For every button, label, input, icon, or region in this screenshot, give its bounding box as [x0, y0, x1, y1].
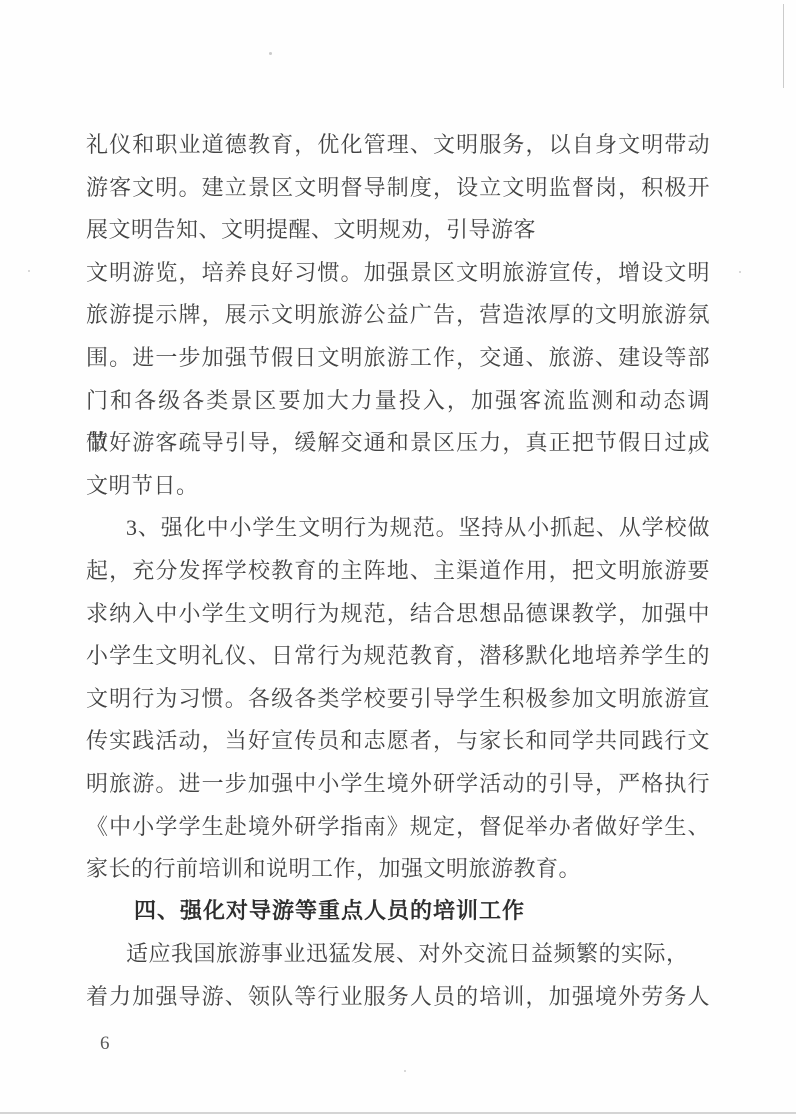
text-line: 《中小学学生赴境外研学指南》规定，督促举办者做好学生、: [86, 806, 710, 849]
scan-speck: [269, 52, 272, 55]
text-line: 旅游提示牌，展示文明旅游公益广告，营造浓厚的文明旅游氛: [86, 294, 710, 337]
document-body: 礼仪和职业道德教育，优化管理、文明服务，以自身文明带动 游客文明。建立景区文明督…: [86, 124, 710, 1018]
text-line: 做好游客疏导引导，缓解交通和景区压力，真正把节假日过成: [86, 422, 710, 465]
text-line: 门和各级各类景区要加大力量投入，加强客流监测和动态调节，: [86, 380, 710, 423]
scan-speck: [739, 271, 741, 273]
text-line: 围。进一步加强节假日文明旅游工作，交通、旅游、建设等部: [86, 337, 710, 380]
text-line: 文明行为习惯。各级各类学校要引导学生积极参加文明旅游宣: [86, 678, 710, 721]
text-line: 小学生文明礼仪、日常行为规范教育，潜移默化地培养学生的: [86, 635, 710, 678]
scan-artifact-line: [783, 4, 784, 88]
text-line: 求纳入中小学生文明行为规范，结合思想品德课教学，加强中: [86, 593, 710, 636]
text-line: 明旅游。进一步加强中小学生境外研学活动的引导，严格执行: [86, 763, 710, 806]
text-line: 礼仪和职业道德教育，优化管理、文明服务，以自身文明带动: [86, 124, 710, 167]
text-line: 传实践活动，当好宣传员和志愿者，与家长和同学共同践行文: [86, 720, 710, 763]
text-line: 起，充分发挥学校教育的主阵地、主渠道作用，把文明旅游要: [86, 550, 710, 593]
page-number: 6: [100, 1033, 110, 1055]
text-line: 适应我国旅游事业迅猛发展、对外交流日益频繁的实际，: [86, 933, 710, 976]
text-line: 展文明告知、文明提醒、文明规劝，引导游客: [86, 209, 710, 252]
scan-edge-line: [0, 1112, 796, 1114]
section-heading: 四、强化对导游等重点人员的培训工作: [86, 891, 710, 934]
text-line: 文明游览，培养良好习惯。加强景区文明旅游宣传，增设文明: [86, 252, 710, 295]
text-line: 3、强化中小学生文明行为规范。坚持从小抓起、从学校做: [86, 507, 710, 550]
text-line: 家长的行前培训和说明工作，加强文明旅游教育。: [86, 848, 710, 891]
scan-speck: [404, 1070, 406, 1072]
text-line: 游客文明。建立景区文明督导制度，设立文明监督岗，积极开: [86, 167, 710, 210]
scanned-document-page: 礼仪和职业道德教育，优化管理、文明服务，以自身文明带动 游客文明。建立景区文明督…: [0, 0, 796, 1120]
text-line: 着力加强导游、领队等行业服务人员的培训，加强境外劳务人: [86, 976, 710, 1019]
scan-speck: [28, 270, 30, 272]
text-line: 文明节日。: [86, 465, 710, 508]
